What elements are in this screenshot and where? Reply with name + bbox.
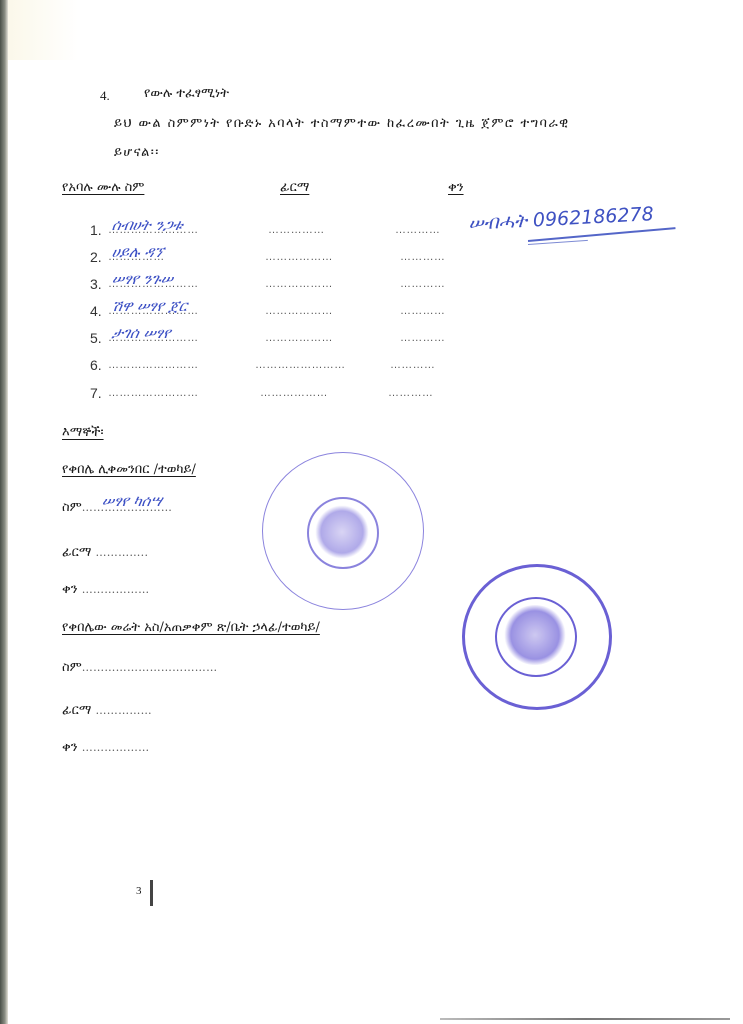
name-field[interactable]: …………………… bbox=[108, 387, 198, 399]
date-field[interactable]: ………… bbox=[400, 278, 445, 290]
paragraph-line-1: ይህ ውል ስምምነት የቡድኑ አባላት ተስማምተው ከፈረሙበት ጊዜ ጀ… bbox=[114, 116, 569, 131]
handwritten-name: ሀይሉ ዳኘ bbox=[111, 243, 165, 261]
header-date: ቀን bbox=[448, 180, 464, 195]
signature-dots: ………….. bbox=[95, 546, 148, 559]
date-dots: ……………… bbox=[82, 741, 150, 754]
signature-label: ፊርማ bbox=[62, 703, 91, 718]
kebele-date-field[interactable]: ቀን ……………… bbox=[62, 582, 150, 597]
handwritten-name: ታገሰ ሠፃየ bbox=[111, 324, 172, 342]
signature-field[interactable]: ……………… bbox=[265, 278, 333, 290]
date-label: ቀን bbox=[62, 582, 78, 597]
kebele-stamp bbox=[262, 452, 424, 610]
signature-dots: …………… bbox=[95, 704, 152, 717]
handwritten-name: ሰብሀት ንጋቱ bbox=[111, 216, 184, 234]
handwritten-phone-note: ሠብሓት 0962186278 bbox=[468, 203, 655, 235]
signature-field[interactable]: ……………… bbox=[265, 305, 333, 317]
row-number: 4. bbox=[90, 303, 102, 319]
date-field[interactable]: ………… bbox=[390, 359, 435, 371]
signature-field[interactable]: …………………… bbox=[255, 359, 345, 371]
land-office-date-field[interactable]: ቀን ……………… bbox=[62, 740, 150, 755]
handwritten-name: ሠፃየ ካሰሣ bbox=[101, 492, 164, 510]
kebele-signature-field[interactable]: ፊርማ ………….. bbox=[62, 545, 148, 560]
row-number: 2. bbox=[90, 249, 102, 265]
name-dots: ……………………………… bbox=[82, 661, 218, 674]
date-field[interactable]: ………… bbox=[400, 251, 445, 263]
signature-field[interactable]: ……………… bbox=[265, 251, 333, 263]
date-label: ቀን bbox=[62, 740, 78, 755]
signature-label: ፊርማ bbox=[62, 545, 91, 560]
date-dots: ……………… bbox=[82, 583, 150, 596]
name-label: ስም bbox=[62, 500, 82, 515]
date-field[interactable]: ………… bbox=[395, 224, 440, 236]
scan-shade bbox=[8, 0, 78, 60]
stamp-emblem-icon bbox=[315, 505, 369, 559]
witnesses-heading: እማኞች፡ bbox=[62, 425, 104, 440]
handwritten-name: ሠፃየ ንጉሠ bbox=[111, 270, 175, 288]
handwritten-name: ሽዋ ሠፃየ ጀር bbox=[111, 297, 189, 315]
page-number: 3 bbox=[136, 885, 142, 897]
scan-edge bbox=[0, 0, 8, 1024]
section-number: 4. bbox=[100, 88, 110, 104]
date-field[interactable]: ………… bbox=[400, 305, 445, 317]
header-member-name: የአባሉ ሙሉ ስም bbox=[62, 180, 144, 195]
date-field[interactable]: ………… bbox=[400, 332, 445, 344]
scan-bottom-edge bbox=[440, 1018, 730, 1020]
kebele-name-field[interactable]: ስም…………………… ሠፃየ ካሰሣ bbox=[62, 500, 172, 515]
header-signature: ፊርማ bbox=[280, 180, 309, 195]
name-label: ስም bbox=[62, 660, 82, 675]
signature-field[interactable]: ……………… bbox=[265, 332, 333, 344]
date-field[interactable]: ………… bbox=[388, 387, 433, 399]
name-field[interactable]: …………………… bbox=[108, 359, 198, 371]
page-divider bbox=[150, 880, 153, 906]
kebele-chair-heading: የቀበሌ ሊቀመንበር /ተወካይ/ bbox=[62, 462, 196, 477]
row-number: 3. bbox=[90, 276, 102, 292]
district-stamp bbox=[462, 564, 612, 710]
row-number: 7. bbox=[90, 385, 102, 401]
paragraph-line-2: ይሆናል፡፡ bbox=[114, 145, 160, 160]
land-office-name-field[interactable]: ስም……………………………… bbox=[62, 660, 217, 675]
signature-field[interactable]: …………… bbox=[268, 224, 325, 236]
row-number: 6. bbox=[90, 357, 102, 373]
row-number: 5. bbox=[90, 330, 102, 346]
land-office-signature-field[interactable]: ፊርማ …………… bbox=[62, 703, 152, 718]
signature-field[interactable]: ……………… bbox=[260, 387, 328, 399]
section-title: የውሉ ተፈፃሚነት bbox=[144, 86, 229, 101]
stamp-emblem-icon bbox=[503, 605, 567, 665]
land-office-heading: የቀበሌው መሬት አስ/አጠቃቀም ጽ/ቤት ኃላፊ/ተወካይ/ bbox=[62, 620, 320, 635]
row-number: 1. bbox=[90, 222, 102, 238]
